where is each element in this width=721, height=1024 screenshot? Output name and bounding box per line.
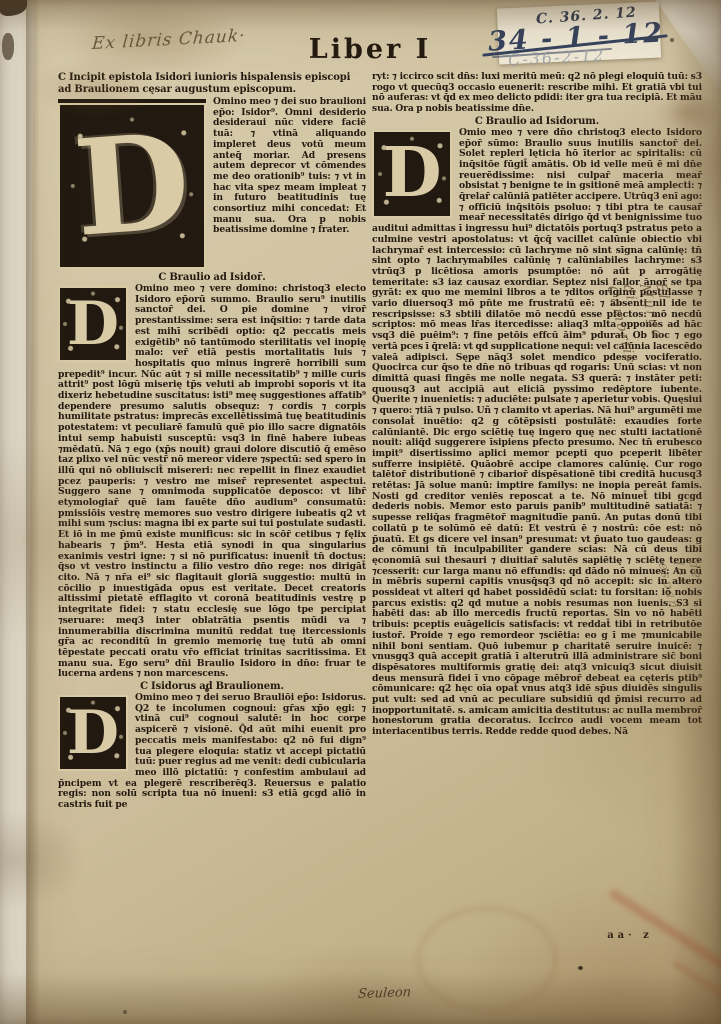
drop-cap-letter: D bbox=[67, 728, 119, 739]
paragraph-text: Omino meo ⁊ dei suo braulioni ep̄o: Isid… bbox=[213, 96, 366, 235]
woodcut-initial-d-small: D bbox=[58, 286, 128, 362]
woodcut-initial-d-medium: D bbox=[372, 130, 452, 218]
drop-cap-letter: D bbox=[383, 168, 442, 179]
epistle-paragraph: D Omino meo ⁊ dei seruo Brauliōi ep̄o: I… bbox=[58, 693, 366, 811]
left-text-column: C Incipit epistola Isidori iunioris hisp… bbox=[58, 72, 366, 811]
bottom-handwriting: Seuleon bbox=[357, 985, 411, 1002]
drop-cap-letter: D bbox=[75, 177, 190, 196]
ink-dot bbox=[123, 1010, 127, 1014]
epistle-paragraph: D Omio meo ⁊ vere dn̄o christoq3 electo … bbox=[372, 128, 702, 738]
epistle-paragraph: D Omino meo ⁊ vere domino: christoq3 ele… bbox=[58, 284, 366, 680]
quire-signature: aa· z bbox=[590, 930, 670, 941]
red-stain-streak-2 bbox=[672, 960, 721, 1004]
ink-dot bbox=[205, 688, 209, 692]
epistle-paragraph: D Omino meo ⁊ dei suo braulioni ep̄o: Is… bbox=[58, 97, 366, 236]
ex-libris-handwriting: Ex libris Chauk· bbox=[91, 26, 246, 54]
gutter-shadow bbox=[26, 0, 40, 1024]
drop-cap-letter: D bbox=[67, 319, 119, 330]
ink-dot bbox=[670, 38, 674, 42]
right-text-column: ryt: ⁊ iccirco scit dn̄s: luxi meritū me… bbox=[372, 72, 702, 738]
woodcut-initial-d-small: D bbox=[58, 695, 128, 771]
ring-stain bbox=[415, 905, 559, 1014]
continuation-paragraph: ryt: ⁊ iccirco scit dn̄s: luxi meritū me… bbox=[372, 72, 702, 115]
ink-dot bbox=[578, 966, 583, 970]
shelfmark-pencil: C-36-2-12 bbox=[508, 45, 606, 69]
paragraph-text: Omio meo ⁊ vere dn̄o christoq3 electo Is… bbox=[372, 127, 702, 737]
woodcut-initial-d-large: D bbox=[58, 99, 206, 269]
incipit-heading: C Incipit epistola Isidori iunioris hisp… bbox=[58, 72, 366, 95]
scanned-book-page: Ex libris Chauk· Liber I C. 36. 2. 12 34… bbox=[0, 0, 721, 1024]
paragraph-text: ryt: ⁊ iccirco scit dn̄s: luxi meritū me… bbox=[372, 71, 702, 114]
edge-ink-blot bbox=[2, 33, 14, 60]
page-title: Liber I bbox=[280, 34, 460, 65]
